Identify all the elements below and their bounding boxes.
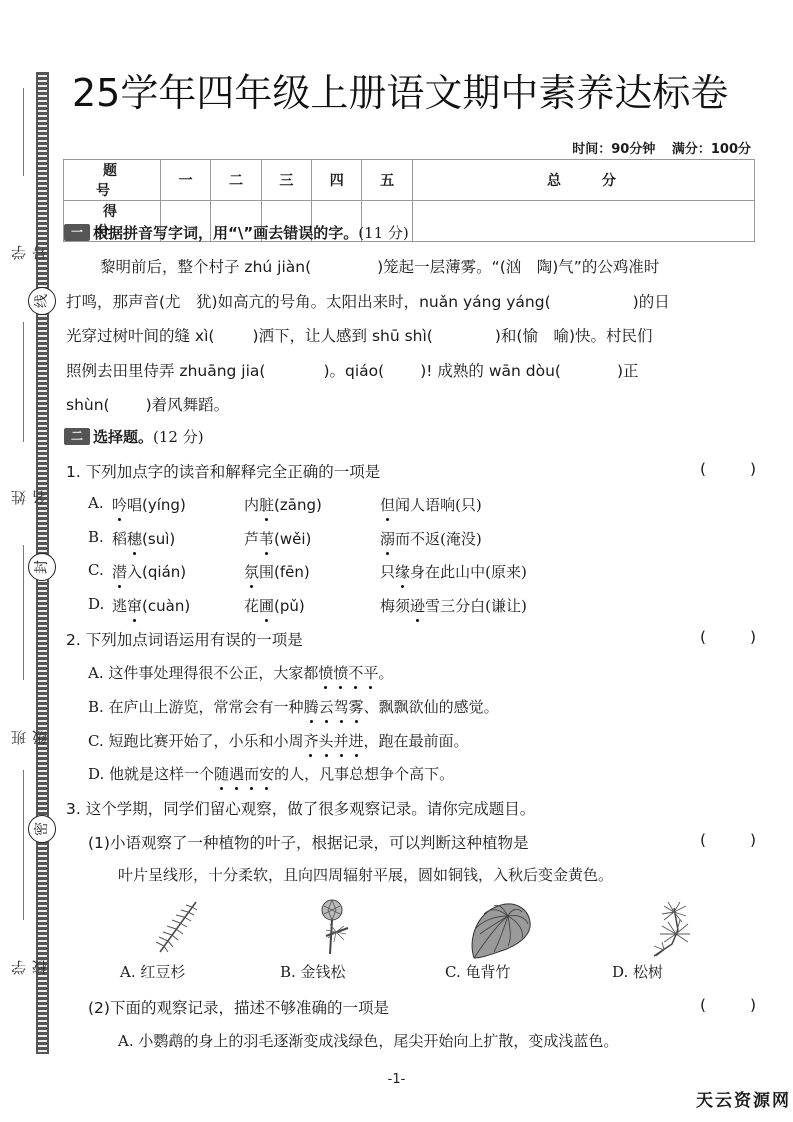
passage-line: 打鸣，那声音(尤 犹)如高亢的号角。太阳出来时，nuǎn yáng yáng()… — [66, 285, 756, 320]
question-3: 3. 这个学期，同学们留心观察，做了很多观察记录。请你完成题目。 — [66, 797, 756, 819]
label-name: 姓 名 — [8, 455, 26, 505]
score-header-cell: 四 — [312, 160, 362, 201]
yew-branch-illustration — [152, 898, 202, 954]
option-line: C. 短跑比赛开始了，小乐和小周齐头并进，跑在最前面。 — [88, 730, 469, 751]
monstera-leaf-illustration — [468, 900, 532, 962]
watermark: 天云资源网 — [696, 1086, 791, 1111]
fill-line-student-id — [23, 88, 24, 176]
section-badge: 二 — [64, 428, 90, 445]
score-header-cell: 三 — [261, 160, 311, 201]
passage-line: 照例去田里侍弄 zhuāng jia()。qiáo()! 成熟的 wān dòu… — [66, 354, 756, 389]
question-stem: (2)下面的观察记录，描述不够准确的一项是 — [88, 999, 389, 1017]
score-header-cell: 一 — [161, 160, 211, 201]
option-line: B. 在庐山上游览，常常会有一种腾云驾雾、飘飘欲仙的感觉。 — [88, 696, 499, 717]
answer-box[interactable]: () — [700, 460, 756, 478]
score-header-total: 总 分 — [412, 160, 754, 201]
question-stem: (1)小语观察了一种植物的叶子，根据记录，可以判断这种植物是 — [88, 834, 528, 852]
option-item: 逃窜(cuàn) — [112, 595, 190, 616]
score-table-header-row: 题 号 一 二 三 四 五 总 分 — [64, 160, 755, 201]
option-item: 潜入(qián) — [112, 561, 186, 582]
passage-line: 光穿过树叶间的缝 xì()洒下，让人感到 shū shì()和(愉 喻)快。村民… — [66, 319, 756, 354]
option-item: 内脏(zāng) — [244, 494, 322, 515]
answer-box[interactable]: () — [700, 996, 756, 1014]
pine-branch-illustration — [646, 900, 692, 960]
score-header-cell: 二 — [211, 160, 261, 201]
exam-time: 时间：90分钟 — [572, 142, 655, 157]
seal-secret: 密 — [28, 815, 56, 843]
option-line: D. 他就是这样一个随遇而安的人，凡事总想争个高下。 — [88, 763, 454, 784]
option-item: 氛围(fēn) — [244, 561, 310, 582]
option-item: 吟唱(yíng) — [112, 494, 186, 515]
section-2-heading: 二 选择题。 (12 分) — [64, 426, 204, 447]
question-1: 1. 下列加点字的读音和解释完全正确的一项是 () — [66, 460, 756, 482]
score-header-label: 题 号 — [64, 160, 161, 201]
score-cell-total[interactable] — [412, 201, 754, 242]
observation-record: 叶片呈线形，十分柔软，且向四周辐射平展，圆如铜钱，入秋后变金黄色。 — [118, 864, 613, 885]
choice-a-label: A. 红豆杉 — [120, 961, 185, 982]
section-badge: 一 — [64, 224, 90, 241]
option-label: A. — [88, 494, 104, 512]
option-label: C. — [88, 561, 104, 579]
question-stem: 3. 这个学期，同学们留心观察，做了很多观察记录。请你完成题目。 — [66, 800, 535, 818]
passage-line: 黎明前后，整个村子 zhú jiàn()笼起一层薄雾。“(汹 陶)气”的公鸡准时 — [66, 250, 756, 285]
option-item: 梅须逊雪三分白(谦让) — [380, 595, 527, 616]
option-item: 花圃(pǔ) — [244, 595, 305, 616]
fill-line-school — [23, 770, 24, 920]
passage-line: shùn()着风舞蹈。 — [66, 388, 756, 423]
option-label: B. — [88, 528, 104, 546]
page-title: 25学年四年级上册语文期中素养达标卷 — [72, 62, 728, 117]
option-item: 只缘身在此山中(原来) — [380, 561, 527, 582]
page-number: -1- — [0, 1072, 793, 1087]
section-points: (12 分) — [153, 426, 204, 447]
option-item: 溺而不返(淹没) — [380, 528, 482, 549]
question-stem: 1. 下列加点字的读音和解释完全正确的一项是 — [66, 463, 380, 481]
score-header-cell: 五 — [362, 160, 412, 201]
section-title: 根据拼音写字词，用“\”画去错误的字。 — [93, 222, 358, 243]
choice-d-label: D. 松树 — [612, 961, 663, 982]
label-student-id: 学 号 — [8, 210, 26, 260]
question-stem: 2. 下列加点词语运用有误的一项是 — [66, 631, 303, 649]
option-item: 芦苇(wěi) — [244, 528, 311, 549]
question-3-2-option-a: A. 小鹦鹉的身上的羽毛逐渐变成浅绿色，尾尖开始向上扩散，变成浅蓝色。 — [118, 1030, 618, 1051]
section-points: (11 分) — [358, 222, 409, 243]
option-label: D. — [88, 595, 104, 613]
answer-box[interactable]: () — [700, 628, 756, 646]
option-line: A. 这件事处理得很不公正，大家都愤愤不平。 — [88, 662, 393, 683]
label-class: 班 级 — [8, 695, 26, 745]
exam-full-score: 满分：100分 — [672, 142, 751, 157]
seal-line: 线 — [28, 287, 56, 315]
answer-box[interactable]: () — [700, 831, 756, 849]
question-3-2: (2)下面的观察记录，描述不够准确的一项是 () — [88, 996, 756, 1018]
question-2: 2. 下列加点词语运用有误的一项是 () — [66, 628, 756, 650]
golden-larch-illustration — [312, 896, 356, 956]
seal-seal: 封 — [28, 553, 56, 581]
fill-line-class — [23, 545, 24, 680]
section-1-heading: 一 根据拼音写字词，用“\”画去错误的字。 (11 分) — [64, 222, 409, 243]
section-1-passage: 黎明前后，整个村子 zhú jiàn()笼起一层薄雾。“(汹 陶)气”的公鸡准时… — [66, 250, 756, 423]
label-school: 学 校 — [8, 925, 26, 975]
choice-b-label: B. 金钱松 — [280, 961, 346, 982]
question-3-1: (1)小语观察了一种植物的叶子，根据记录，可以判断这种植物是 () — [88, 831, 756, 853]
section-title: 选择题。 — [93, 426, 153, 447]
option-item: 稻穗(suì) — [112, 528, 175, 549]
fill-line-name — [23, 322, 24, 442]
exam-meta: 时间：90分钟 满分：100分 — [572, 138, 751, 157]
choice-c-label: C. 龟背竹 — [445, 961, 510, 982]
option-item: 但闻人语响(只) — [380, 494, 482, 515]
